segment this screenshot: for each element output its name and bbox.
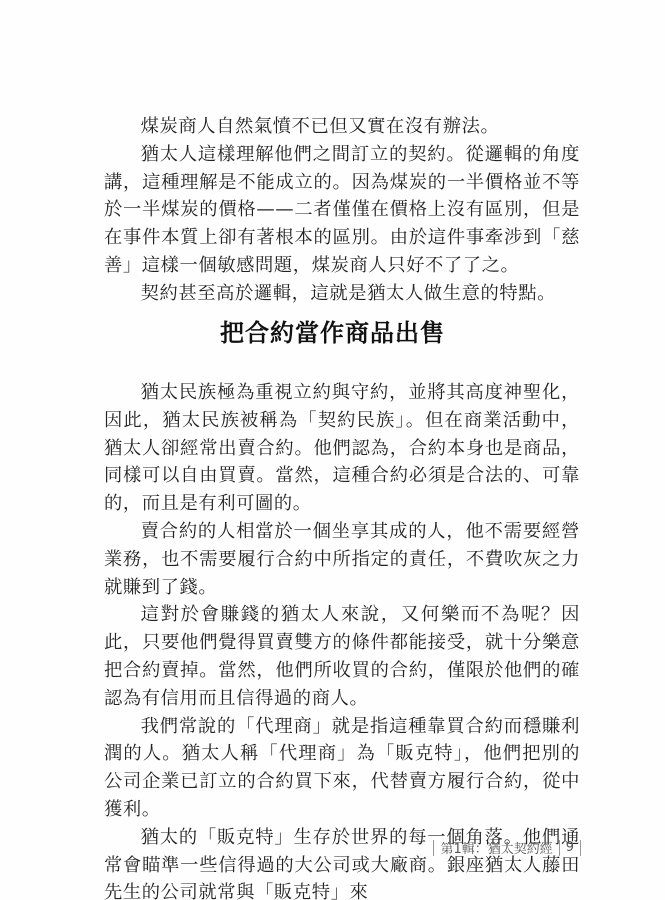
book-page: 煤炭商人自然氣憤不已但又實在沒有辦法。 猶太人這樣理解他們之間訂立的契約。從邏輯… bbox=[0, 0, 665, 900]
paragraph: 猶太的「販克特」生存於世界的每一個角落。他們通常會瞄準一些信得過的大公司或大廠商… bbox=[104, 824, 580, 900]
paragraph: 契約甚至高於邏輯，這就是猶太人做生意的特點。 bbox=[104, 280, 580, 308]
paragraph: 我們常說的「代理商」就是指這種靠買合約而穩賺利潤的人。猶太人稱「代理商」為「販克… bbox=[104, 713, 580, 824]
page-footer: 第1輯：猶太契約經 9 bbox=[433, 838, 581, 857]
text-block-top: 煤炭商人自然氣憤不已但又實在沒有辦法。 猶太人這樣理解他們之間訂立的契約。從邏輯… bbox=[104, 113, 580, 308]
paragraph: 猶太人這樣理解他們之間訂立的契約。從邏輯的角度講，這種理解是不能成立的。因為煤炭… bbox=[104, 141, 580, 280]
divider bbox=[433, 840, 434, 856]
paragraph: 賣合約的人相當於一個坐享其成的人，他不需要經營業務，也不需要履行合約中所指定的責… bbox=[104, 518, 580, 601]
divider bbox=[580, 840, 581, 856]
paragraph: 猶太民族極為重視立約與守約，並將其高度神聖化，因此，猶太民族被稱為「契約民族」。… bbox=[104, 379, 580, 518]
paragraph: 煤炭商人自然氣憤不已但又實在沒有辦法。 bbox=[104, 113, 580, 141]
text-block-main: 猶太民族極為重視立約與守約，並將其高度神聖化，因此，猶太民族被稱為「契約民族」。… bbox=[104, 379, 580, 900]
section-heading: 把合約當作商品出售 bbox=[0, 313, 665, 348]
paragraph: 這對於會賺錢的猶太人來說，又何樂而不為呢？因此，只要他們覺得買賣雙方的條件都能接… bbox=[104, 601, 580, 712]
page-number: 9 bbox=[566, 840, 574, 855]
divider bbox=[559, 840, 560, 856]
chapter-title: 第1輯：猶太契約經 bbox=[440, 838, 552, 857]
